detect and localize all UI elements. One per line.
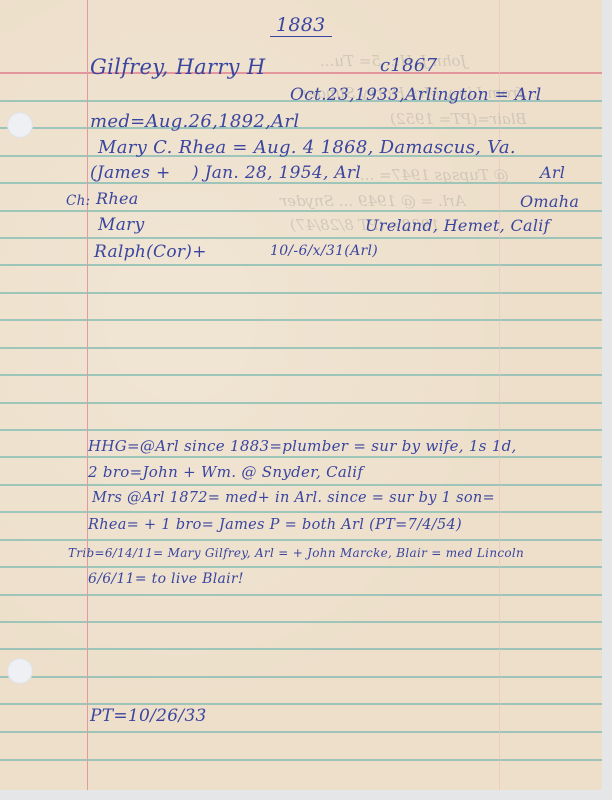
note-line: 2 bro=John + Wm. @ Snyder, Calif bbox=[88, 463, 363, 481]
children-label: Ch: bbox=[66, 193, 90, 209]
ruled-line bbox=[0, 264, 602, 266]
ruled-line bbox=[0, 759, 602, 761]
punch-hole-top bbox=[7, 112, 33, 138]
child-place: 10/-6/x/31(Arl) bbox=[270, 243, 378, 259]
ruled-line bbox=[0, 347, 602, 349]
ruled-line bbox=[0, 703, 602, 705]
ruled-line bbox=[0, 511, 602, 513]
child-name: Ralph(Cor)+ bbox=[94, 242, 207, 262]
left-margin-line bbox=[87, 0, 88, 790]
ruled-line bbox=[0, 566, 602, 568]
child-name: Mary bbox=[98, 215, 144, 235]
ruled-line bbox=[0, 594, 602, 596]
person-name: Gilfrey, Harry H bbox=[90, 55, 265, 79]
bleed-through-text: Blair=(PT= 1952) bbox=[390, 110, 527, 128]
bleed-through-text: @ Tupsgs 1947= ... bbox=[360, 166, 509, 184]
spouse-parents-left: (James + bbox=[90, 163, 171, 183]
note-line: HHG=@Arl since 1883=plumber = sur by wif… bbox=[88, 437, 517, 455]
note-line: Rhea= + 1 bro= James P = both Arl (PT=7/… bbox=[88, 517, 462, 533]
footer-date: PT=10/26/33 bbox=[90, 706, 207, 726]
spouse-death-place: Arl bbox=[540, 163, 565, 182]
year-heading: 1883 bbox=[270, 14, 332, 37]
bleed-through-text: Arl. = @ 1949 ... Snyder bbox=[280, 192, 466, 210]
ruled-line bbox=[0, 402, 602, 404]
ruled-line bbox=[0, 429, 602, 431]
note-line: 6/6/11= to live Blair! bbox=[88, 571, 244, 587]
ruled-line bbox=[0, 237, 602, 239]
ruled-line bbox=[0, 621, 602, 623]
ruled-line bbox=[0, 648, 602, 650]
ruled-line bbox=[0, 539, 602, 541]
note-line: Mrs @Arl 1872= med+ in Arl. since = sur … bbox=[92, 490, 495, 506]
marriage-record: med=Aug.26,1892,Arl bbox=[90, 111, 299, 132]
child-name: Rhea bbox=[96, 189, 139, 208]
ruled-line bbox=[0, 484, 602, 486]
ruled-line bbox=[0, 210, 602, 212]
notebook-page: John J. H... 5= Tu... ...from Lin-y Mrs … bbox=[0, 0, 602, 790]
ruled-line bbox=[0, 676, 602, 678]
note-line: Trib=6/14/11= Mary Gilfrey, Arl = + John… bbox=[68, 546, 524, 560]
child-place: Ureland, Hemet, Calif bbox=[365, 216, 550, 235]
child-place: Omaha bbox=[520, 192, 579, 211]
ruled-line bbox=[0, 374, 602, 376]
birth-year: c1867 bbox=[380, 55, 437, 76]
punch-hole-bottom bbox=[7, 658, 33, 684]
ruled-line bbox=[0, 731, 602, 733]
spouse-death-record: ) Jan. 28, 1954, Arl bbox=[192, 163, 361, 183]
spouse-record: Mary C. Rhea = Aug. 4 1868, Damascus, Va… bbox=[98, 137, 516, 158]
ruled-line bbox=[0, 319, 602, 321]
death-record: Oct.23,1933,Arlington = Arl bbox=[290, 85, 542, 105]
ruled-line bbox=[0, 456, 602, 458]
ruled-line bbox=[0, 292, 602, 294]
